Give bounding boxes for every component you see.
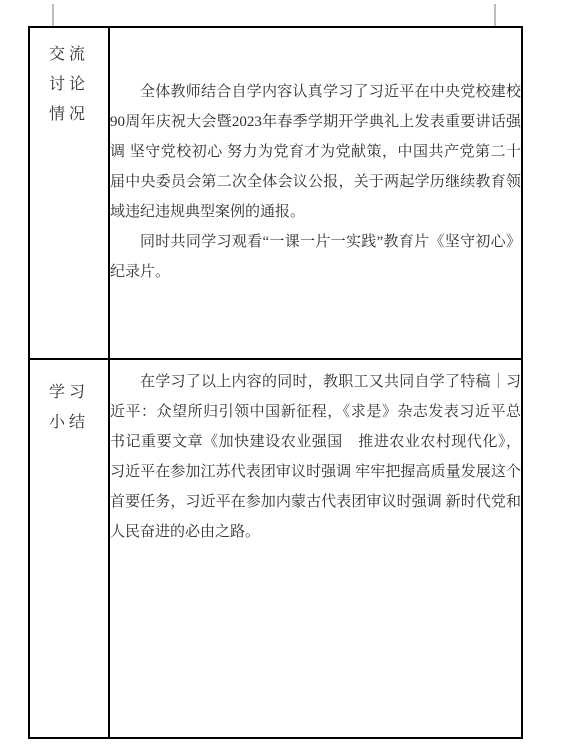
summary-paragraph: 在学习了以上内容的同时，教职工又共同自学了特稿｜习近平：众望所归引领中国新征程，… [110, 367, 521, 547]
margin-marker-right [494, 4, 496, 26]
label-line: 讨论 [30, 70, 108, 100]
row-label-text: 学习 小结 [30, 378, 108, 438]
row-label-discussion: 交流 讨论 情况 [29, 27, 109, 359]
discussion-paragraph: 同时共同学习观看“一课一片一实践”教育片《坚守初心》纪录片。 [110, 227, 521, 287]
row-label-summary: 学习 小结 [29, 359, 109, 738]
discussion-paragraph: 全体教师结合自学内容认真学习了习近平在中央党校建校90周年庆祝大会暨2023年春… [110, 77, 521, 227]
label-line: 学习 [30, 378, 108, 408]
document-page: 交流 讨论 情况 全体教师结合自学内容认真学习了习近平在中央党校建校90周年庆祝… [0, 0, 565, 752]
summary-content-cell: 在学习了以上内容的同时，教职工又共同自学了特稿｜习近平：众望所归引领中国新征程，… [109, 359, 522, 738]
label-line: 小结 [30, 408, 108, 438]
discussion-content-cell: 全体教师结合自学内容认真学习了习近平在中央党校建校90周年庆祝大会暨2023年春… [109, 27, 522, 359]
table-row-discussion: 交流 讨论 情况 全体教师结合自学内容认真学习了习近平在中央党校建校90周年庆祝… [29, 27, 522, 359]
margin-marker-left [52, 4, 54, 26]
row-label-text: 交流 讨论 情况 [30, 40, 108, 130]
table-row-summary: 学习 小结 在学习了以上内容的同时，教职工又共同自学了特稿｜习近平：众望所归引领… [29, 359, 522, 738]
label-line: 情况 [30, 100, 108, 130]
label-line: 交流 [30, 40, 108, 70]
study-record-table: 交流 讨论 情况 全体教师结合自学内容认真学习了习近平在中央党校建校90周年庆祝… [28, 26, 523, 739]
